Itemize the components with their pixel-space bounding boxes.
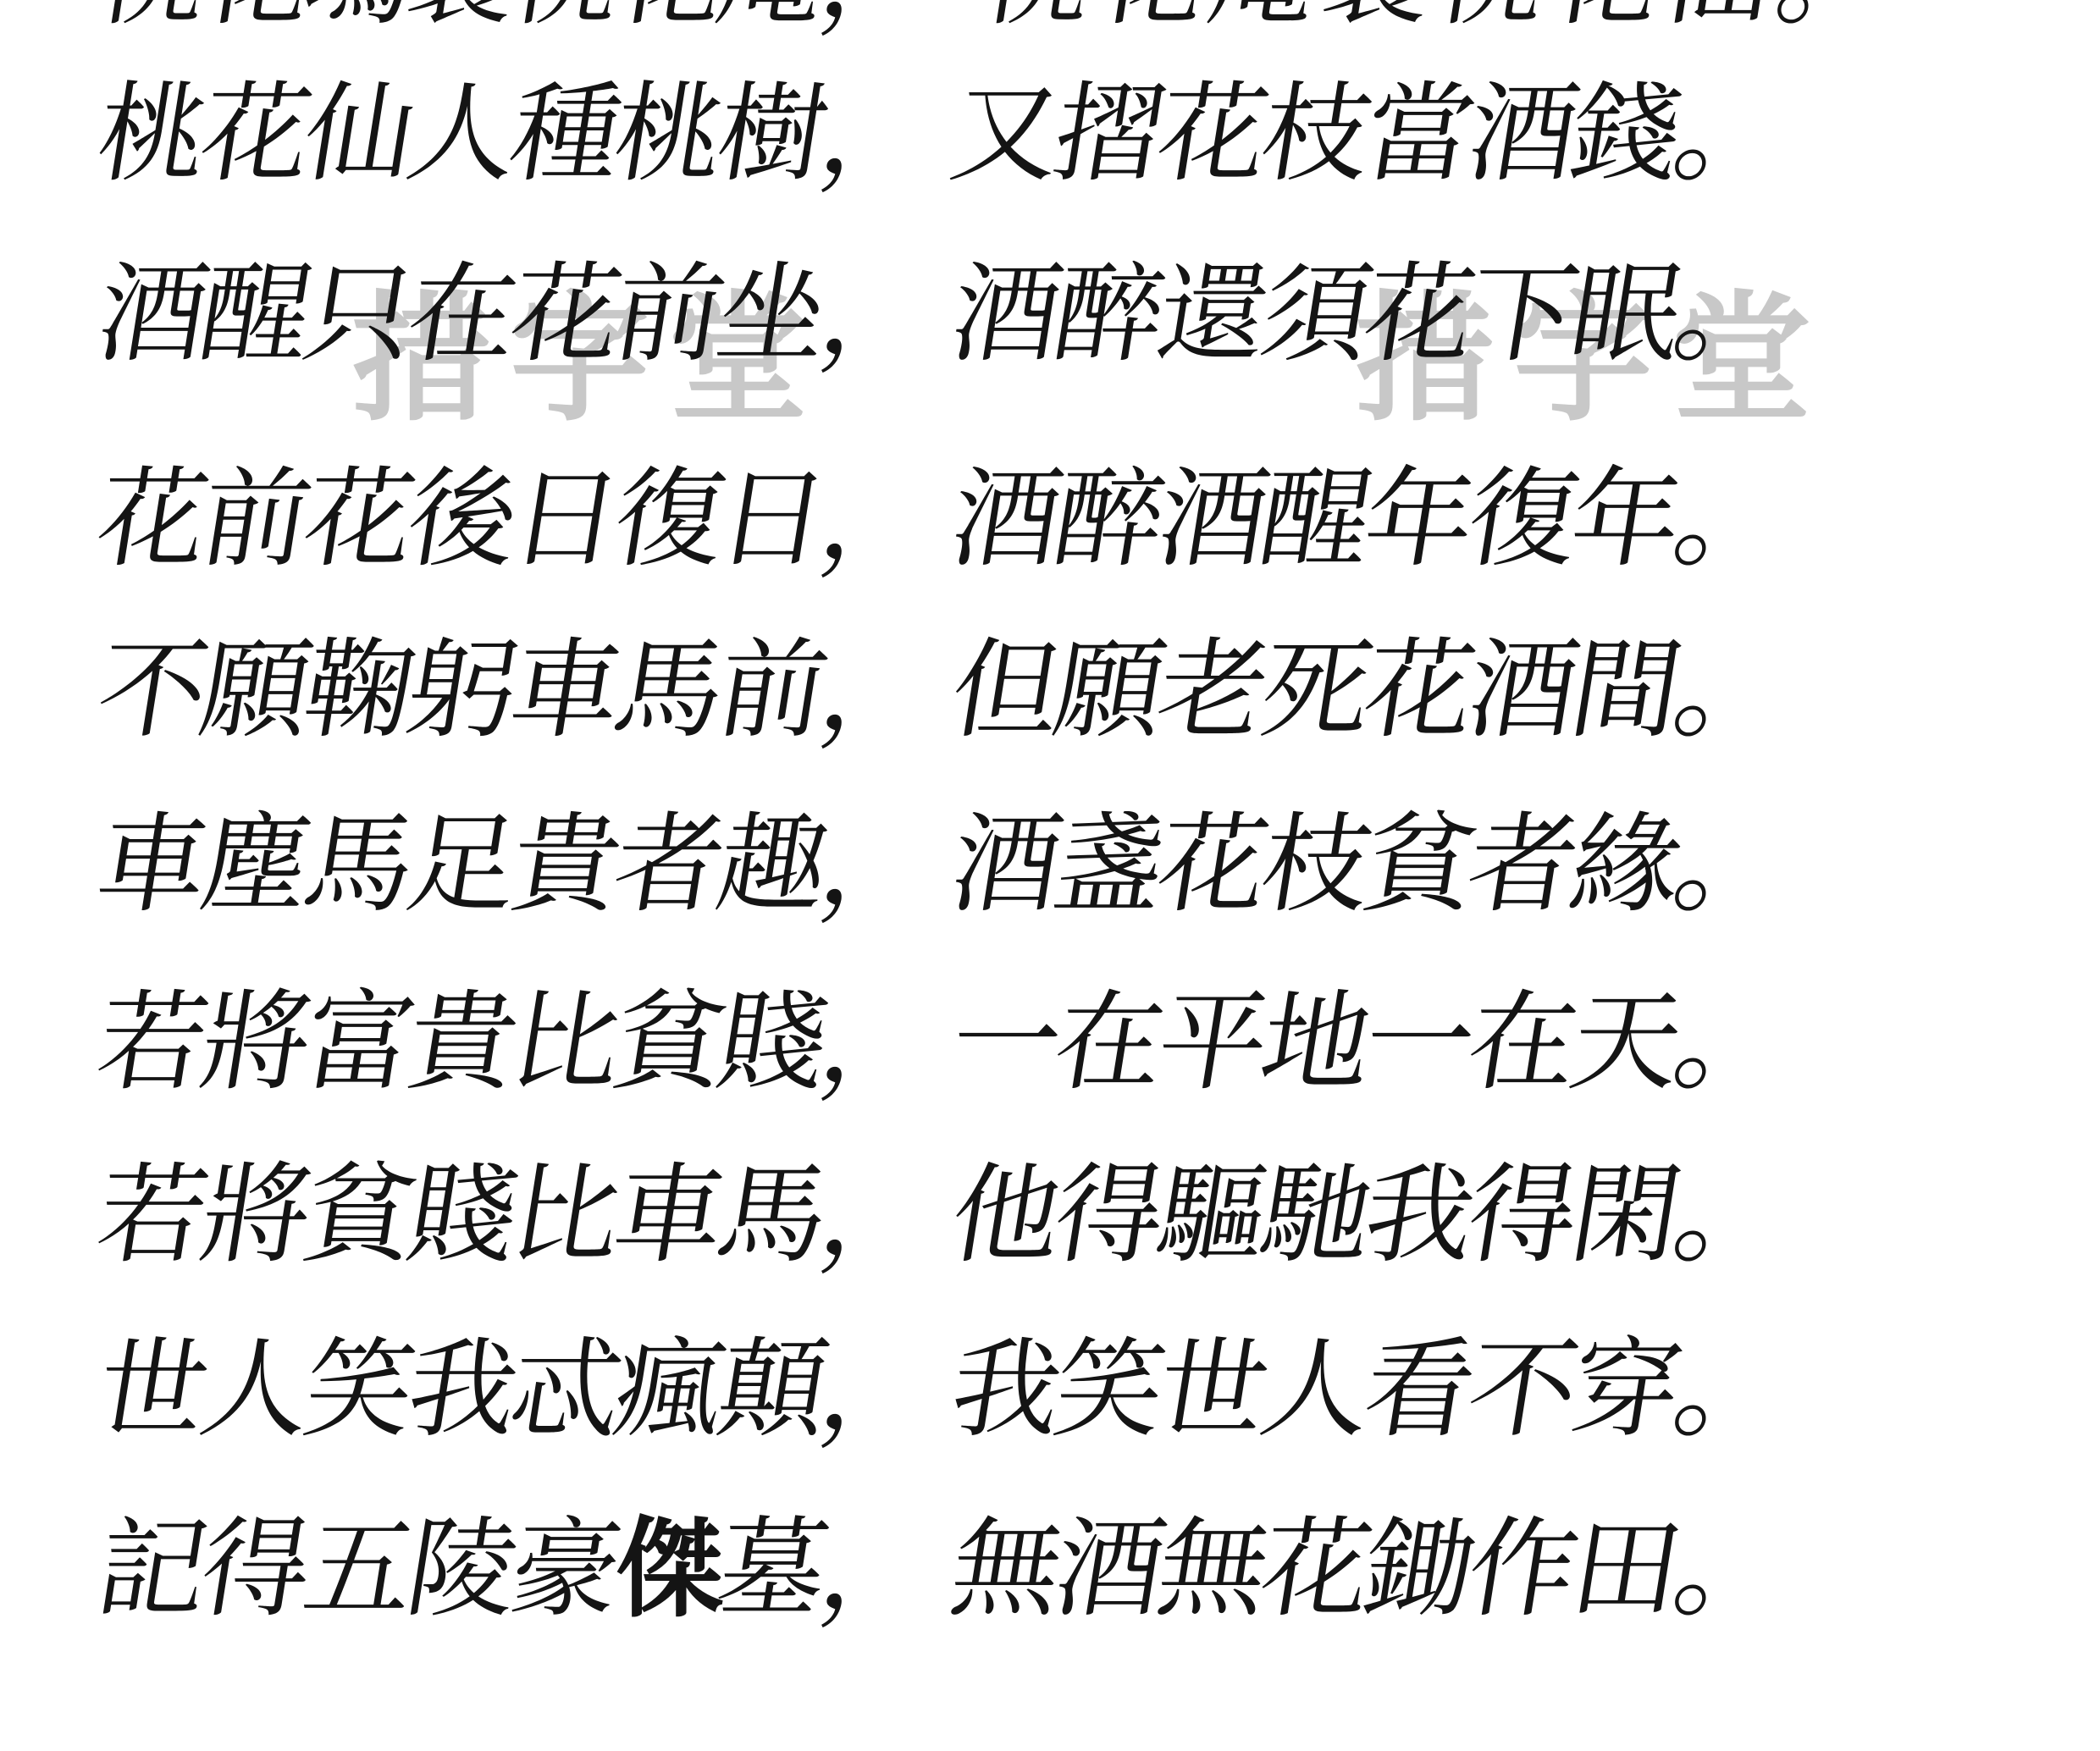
poem-line-10-left: 記得五陵豪傑墓， xyxy=(89,1507,935,1632)
poem-line-1-left: 桃花塢裏桃花庵， xyxy=(89,0,935,40)
poem-line-7-right: 一在平地一在天。 xyxy=(942,980,1788,1105)
poem-line-10-left-pre: 記得五陵豪 xyxy=(89,1506,626,1632)
poem-line-2-right: 又摺花枝當酒錢。 xyxy=(942,72,1788,196)
poem-line-8-right: 他得驅馳我得閑。 xyxy=(942,1153,1788,1278)
poem-line-5-left: 不願鞠躬車馬前， xyxy=(89,628,935,753)
poem-line-4-left: 花前花後日復日， xyxy=(89,457,935,582)
poem-line-5-right: 但願老死花酒間。 xyxy=(942,628,1788,753)
poem-line-6-left: 車塵馬足貴者趣， xyxy=(89,803,935,927)
poem-line-1-right: 桃花庵裏桃花仙。 xyxy=(974,0,1901,40)
poem-line-2-left: 桃花仙人種桃樹， xyxy=(89,72,935,196)
poem-line-6-right: 酒盞花枝貧者緣。 xyxy=(942,803,1788,927)
poem-line-7-left: 若將富貴比貧賤， xyxy=(89,980,935,1105)
poem-line-9-right: 我笑世人看不穿。 xyxy=(942,1328,1788,1452)
poem-line-4-right: 酒醉酒醒年復年。 xyxy=(942,457,1788,582)
poem-page: 措字堂 措字堂 桃花塢裏桃花庵， 桃花庵裏桃花仙。 桃花仙人種桃樹， 又摺花枝當… xyxy=(0,0,2100,1751)
poem-line-10-right: 無酒無花鋤作田。 xyxy=(942,1507,1788,1632)
poem-line-3-left: 酒醒只在花前坐， xyxy=(89,252,935,377)
print-font-fallback-glyph: 傑 xyxy=(616,1507,719,1632)
poem-line-3-right: 酒醉還須花下眠。 xyxy=(942,252,1788,377)
poem-line-8-left: 若將貧賤比車馬， xyxy=(89,1153,935,1278)
poem-line-9-left: 世人笑我忒瘋顛， xyxy=(89,1328,935,1452)
poem-line-10-left-post: 墓， xyxy=(709,1506,936,1632)
